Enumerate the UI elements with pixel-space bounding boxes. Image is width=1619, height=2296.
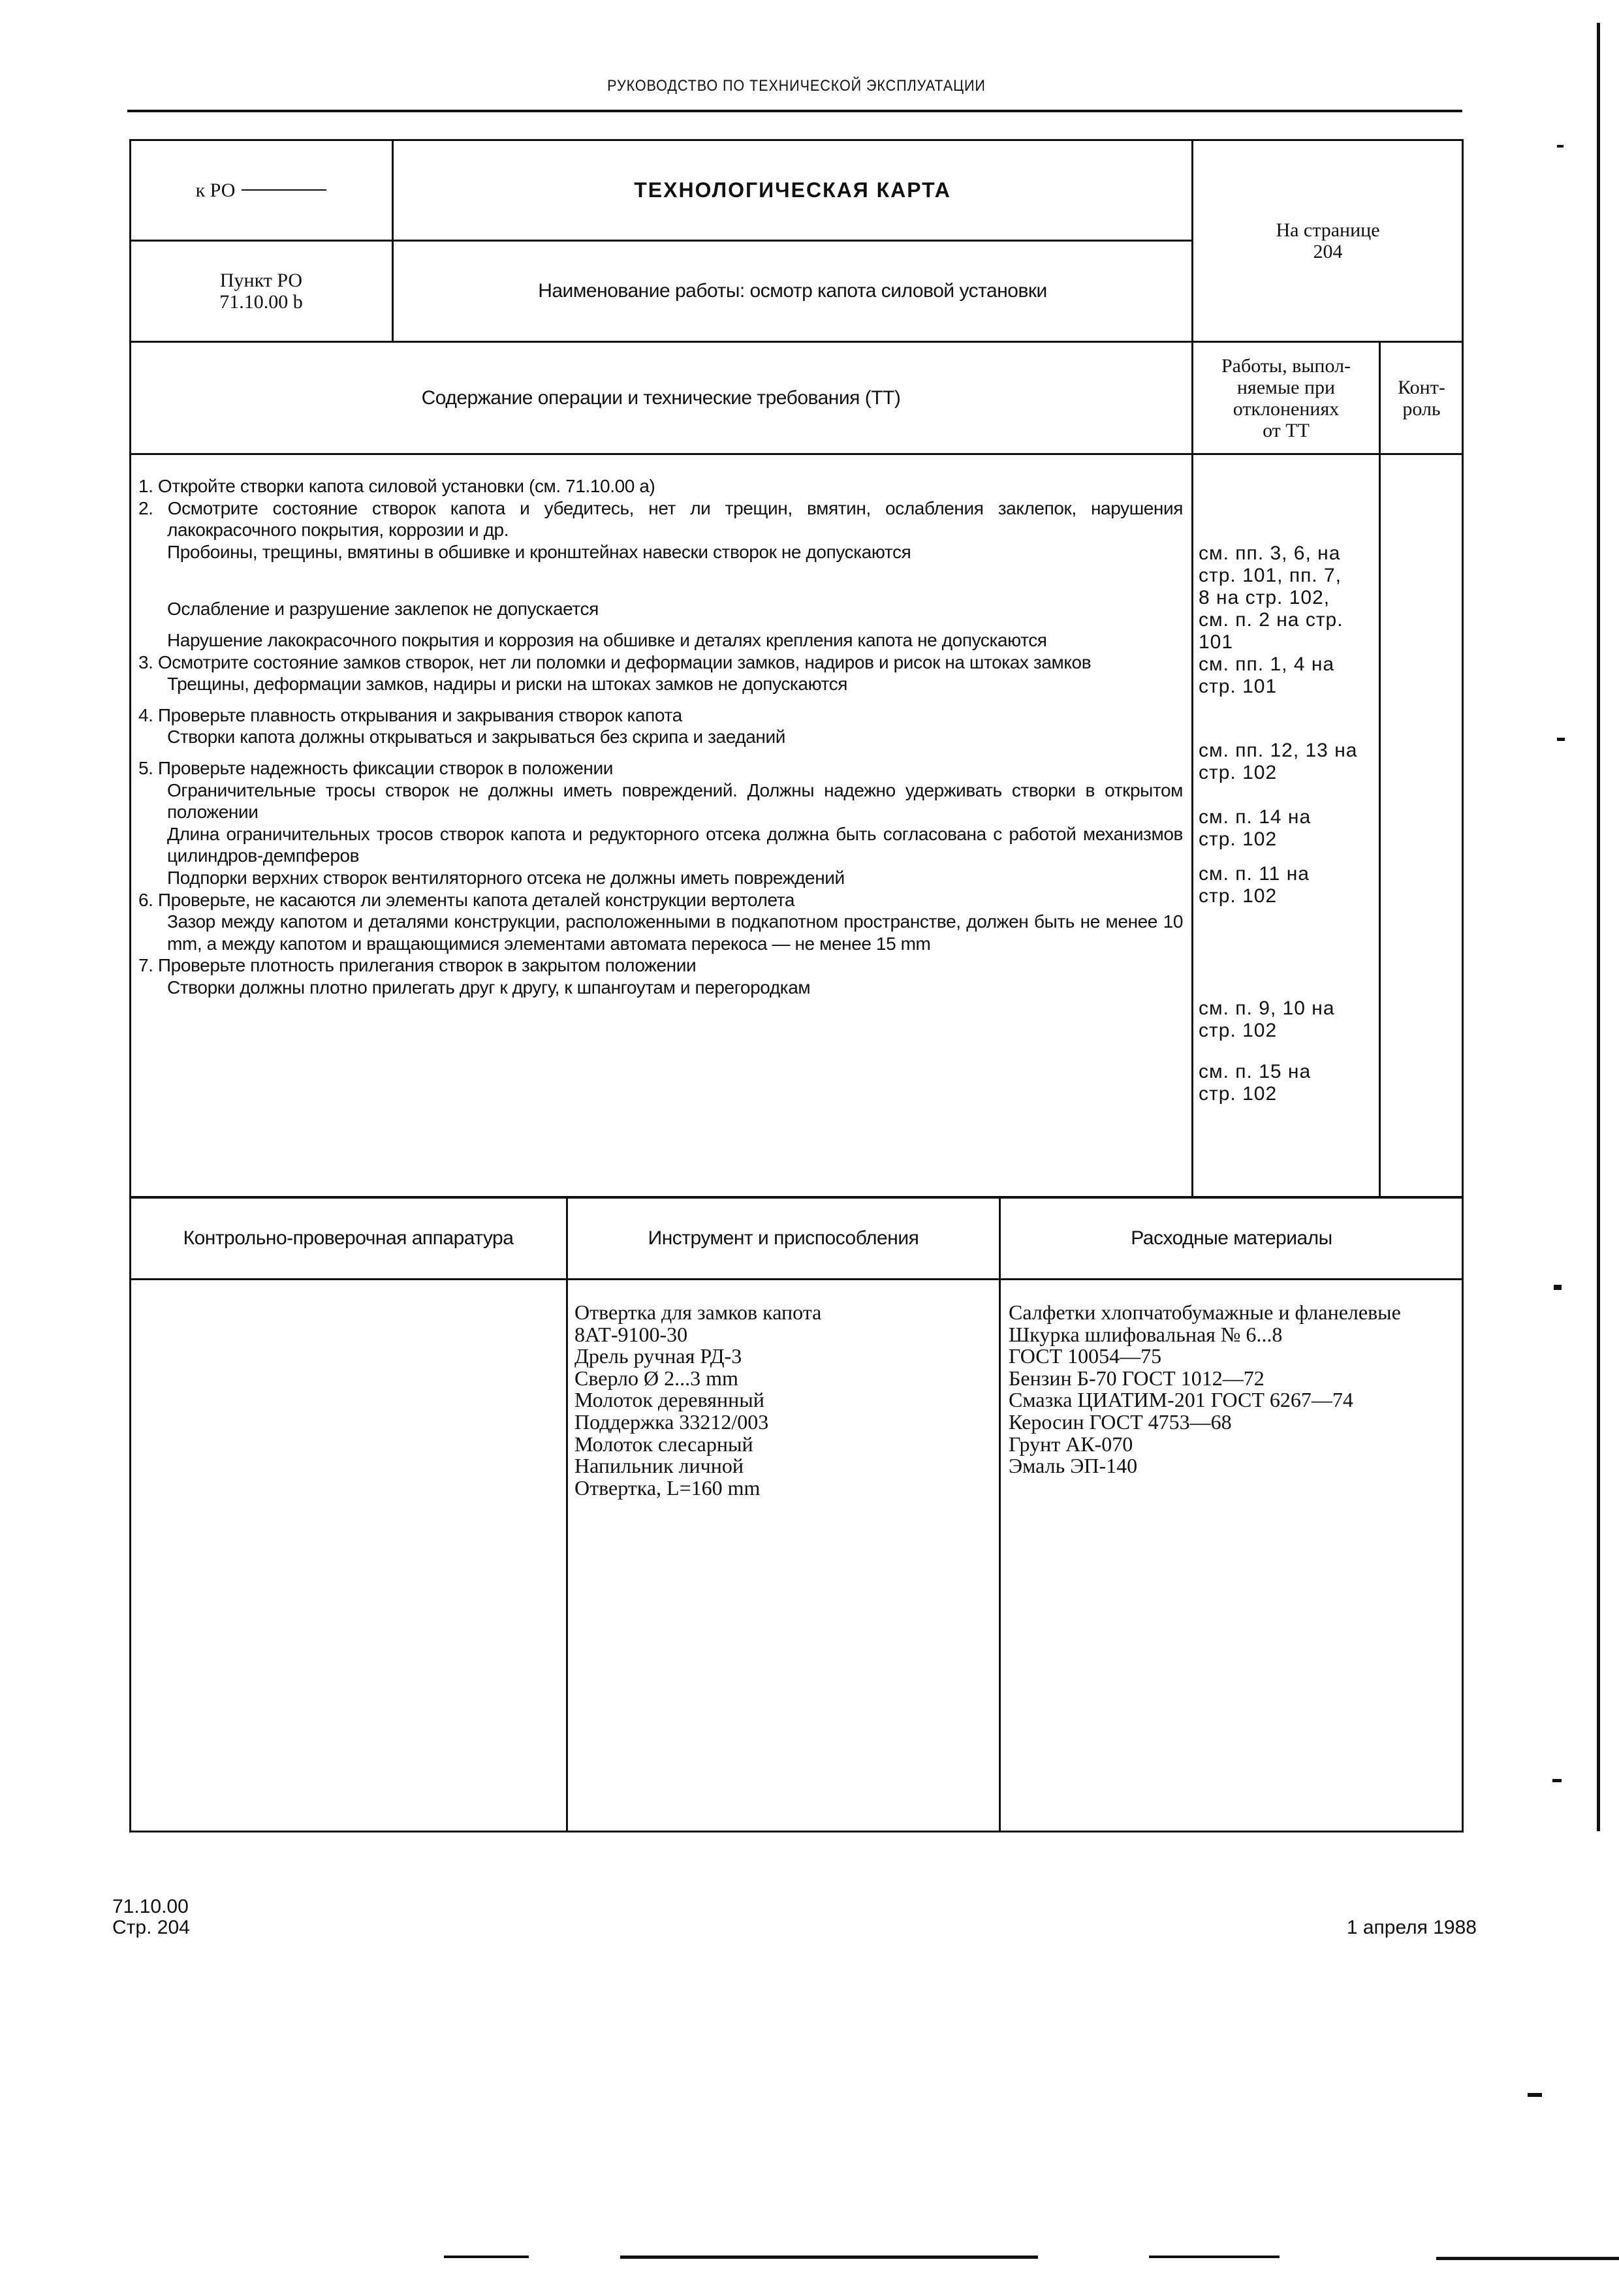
deviation-ref-2: см. пп. 12, 13 настр. 102 xyxy=(1199,740,1375,784)
tool-item: Напильник личной xyxy=(574,1455,992,1477)
page-number: 204 xyxy=(1313,241,1343,262)
deviation-ref-line: см. п. 9, 10 на xyxy=(1199,998,1375,1020)
deviation-ref-line: стр. 102 xyxy=(1199,1083,1375,1105)
material-item: Эмаль ЭП-140 xyxy=(1009,1455,1459,1477)
control-line: Конт- xyxy=(1398,377,1445,398)
spacer xyxy=(138,620,1183,629)
deviation-ref-line: 101 xyxy=(1199,631,1375,653)
deviation-ref-line: см. пп. 12, 13 на xyxy=(1199,740,1375,762)
deviation-ref-6: см. п. 15 настр. 102 xyxy=(1199,1061,1375,1105)
material-item: Бензин Б-70 ГОСТ 1012—72 xyxy=(1009,1368,1459,1390)
divider xyxy=(566,1197,568,1832)
technical-requirement: Подпорки верхних створок вентиляторного … xyxy=(138,867,1183,889)
deviation-ref-line: 8 на стр. 102, xyxy=(1199,587,1375,609)
technical-requirement: Зазор между капотом и деталями конструкц… xyxy=(138,911,1183,954)
technical-requirement: Ослабление и разрушение заклепок не допу… xyxy=(138,598,1183,620)
operation-step: 4. Проверьте плавность открывания и закр… xyxy=(138,704,1183,727)
material-item: Смазка ЦИАТИМ-201 ГОСТ 6267—74 xyxy=(1009,1389,1459,1411)
running-head: РУКОВОДСТВО ПО ТЕХНИЧЕСКОЙ ЭКСПЛУАТАЦИИ xyxy=(197,77,1396,95)
scan-edge-line xyxy=(1597,23,1600,1831)
tool-item: 8АТ-9100-30 xyxy=(574,1324,992,1346)
materials-list: Салфетки хлопчатобумажные и фланелевыеШк… xyxy=(1009,1302,1459,1477)
material-item: Грунт АК-070 xyxy=(1009,1434,1459,1456)
deviation-ref-3: см. п. 14 настр. 102 xyxy=(1199,806,1375,851)
footer-date: 1 апреля 1988 xyxy=(1347,1917,1477,1938)
document-title: ТЕХНОЛОГИЧЕСКАЯ КАРТА xyxy=(394,140,1191,240)
spacer xyxy=(138,748,1183,757)
operation-step: 2. Осмотрите состояние створок капота и … xyxy=(138,497,1183,541)
k-ro-cell: к РО xyxy=(131,140,392,240)
divider xyxy=(129,1278,1464,1280)
operation-step: 5. Проверьте надежность фиксации створок… xyxy=(138,757,1183,779)
technical-requirement: Трещины, деформации замков, надиры и рис… xyxy=(138,673,1183,695)
deviation-ref-line: стр. 102 xyxy=(1199,762,1375,784)
operation-step: 3. Осмотрите состояние замков створок, н… xyxy=(138,652,1183,674)
k-ro-blank xyxy=(242,189,326,191)
deviations-line: от ТТ xyxy=(1263,420,1310,441)
operations-list: 1. Откройте створки капота силовой устан… xyxy=(138,475,1183,998)
tool-item: Сверло Ø 2...3 mm xyxy=(574,1368,992,1390)
scan-mark xyxy=(1552,1779,1562,1782)
deviation-ref-line: см. пп. 1, 4 на xyxy=(1199,653,1375,676)
divider xyxy=(129,453,1464,455)
column-header-deviations: Работы, выпол- няемые при отклонениях от… xyxy=(1193,343,1379,453)
punkt-value: 71.10.00 b xyxy=(219,291,303,313)
deviation-ref-5: см. п. 9, 10 настр. 102 xyxy=(1199,998,1375,1042)
punkt-label: Пункт РО xyxy=(220,270,302,291)
scan-rule xyxy=(620,2256,1038,2259)
footer-section: 71.10.00 xyxy=(112,1896,190,1917)
material-item: Салфетки хлопчатобумажные и фланелевые xyxy=(1009,1302,1459,1324)
material-item: Керосин ГОСТ 4753—68 xyxy=(1009,1411,1459,1434)
scan-mark xyxy=(1557,145,1564,148)
technical-requirement: Длина ограничительных тросов створок кап… xyxy=(138,823,1183,867)
operation-step: 6. Проверьте, не касаются ли элементы ка… xyxy=(138,889,1183,911)
tool-item: Молоток деревянный xyxy=(574,1389,992,1411)
deviation-ref-line: стр. 102 xyxy=(1199,1020,1375,1042)
tool-item: Отвертка, L=160 mm xyxy=(574,1477,992,1500)
operation-step: 7. Проверьте плотность прилегания створо… xyxy=(138,954,1183,977)
deviation-ref-line: см. п. 2 на стр. xyxy=(1199,609,1375,631)
header-rule xyxy=(127,110,1462,112)
tool-item: Отвертка для замков капота xyxy=(574,1302,992,1324)
scan-rule xyxy=(1436,2257,1619,2260)
operation-step: 1. Откройте створки капота силовой устан… xyxy=(138,475,1183,497)
deviation-ref-line: стр. 101 xyxy=(1199,676,1375,698)
page-cell: На странице 204 xyxy=(1193,140,1462,341)
deviations-line: няемые при xyxy=(1237,377,1335,398)
deviation-ref-line: стр. 101, пп. 7, xyxy=(1199,565,1375,587)
deviation-ref-line: стр. 102 xyxy=(1199,828,1375,851)
column-header-content: Содержание операции и технические требов… xyxy=(131,343,1191,453)
deviation-ref-line: см. п. 11 на xyxy=(1199,863,1375,885)
deviations-line: Работы, выпол- xyxy=(1221,355,1351,377)
technical-requirement: Створки капота должны открываться и закр… xyxy=(138,726,1183,748)
scan-mark xyxy=(1557,738,1565,741)
scan-rule xyxy=(1149,2256,1280,2258)
spacer xyxy=(138,563,1183,598)
deviation-ref-line: см. пп. 3, 6, на xyxy=(1199,543,1375,565)
tool-item: Молоток слесарный xyxy=(574,1434,992,1456)
divider xyxy=(1379,341,1381,1198)
material-item: Шкурка шлифовальная № 6...8 xyxy=(1009,1324,1459,1346)
header-materials: Расходные материалы xyxy=(1001,1199,1462,1278)
header-tools: Инструмент и приспособления xyxy=(568,1199,999,1278)
tool-item: Дрель ручная РД-3 xyxy=(574,1345,992,1368)
control-line: роль xyxy=(1402,398,1440,420)
deviation-ref-1: см. пп. 3, 6, настр. 101, пп. 7,8 на стр… xyxy=(1199,543,1375,698)
column-header-control: Конт- роль xyxy=(1381,343,1462,453)
technical-requirement: Створки должны плотно прилегать друг к д… xyxy=(138,977,1183,999)
deviation-ref-line: стр. 102 xyxy=(1199,885,1375,907)
k-ro-label: к РО xyxy=(196,180,236,201)
punkt-ro-cell: Пункт РО 71.10.00 b xyxy=(131,242,392,341)
tool-item: Поддержка 33212/003 xyxy=(574,1411,992,1434)
work-name: Наименование работы: осмотр капота силов… xyxy=(394,242,1191,341)
scan-rule xyxy=(444,2256,529,2258)
tools-list: Отвертка для замков капота8АТ-9100-30Дре… xyxy=(574,1302,992,1499)
spacer xyxy=(138,695,1183,704)
scan-mark xyxy=(1554,1285,1562,1290)
scan-mark xyxy=(1528,2093,1542,2097)
resources-table xyxy=(129,1197,1464,1832)
technical-requirement: Пробоины, трещины, вмятины в обшивке и к… xyxy=(138,541,1183,563)
technical-requirement: Ограничительные тросы створок не должны … xyxy=(138,779,1183,823)
deviation-ref-line: см. п. 15 на xyxy=(1199,1061,1375,1083)
footer-page: Стр. 204 xyxy=(112,1917,190,1938)
deviation-ref-4: см. п. 11 настр. 102 xyxy=(1199,863,1375,907)
material-item: ГОСТ 10054—75 xyxy=(1009,1345,1459,1368)
deviation-ref-line: см. п. 14 на xyxy=(1199,806,1375,828)
technical-requirement: Нарушение лакокрасочного покрытия и корр… xyxy=(138,629,1183,652)
header-equipment: Контрольно-проверочная аппаратура xyxy=(131,1199,566,1278)
page-label: На странице xyxy=(1276,219,1379,241)
footer-left: 71.10.00 Стр. 204 xyxy=(112,1896,190,1938)
divider xyxy=(999,1197,1001,1832)
deviations-line: отклонениях xyxy=(1233,398,1340,420)
